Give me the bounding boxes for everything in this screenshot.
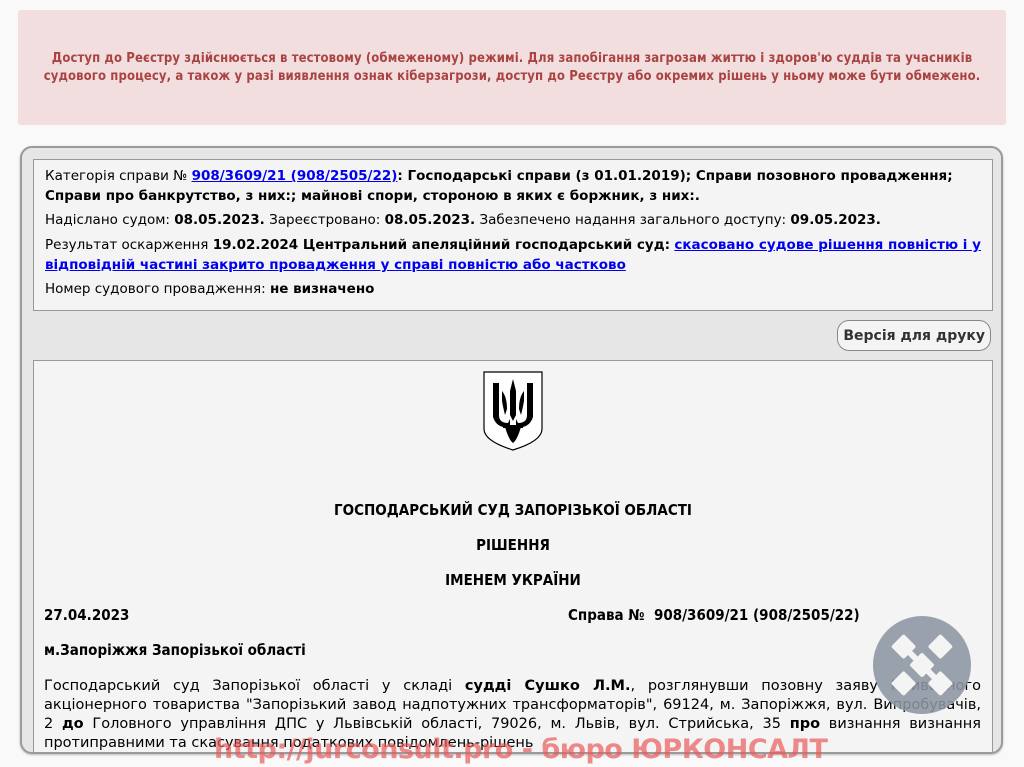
case-number-link[interactable]: 908/3609/21 (908/2505/22) — [192, 168, 398, 184]
registry-access-alert: Доступ до Реєстру здійснюється в тестово… — [18, 10, 1006, 125]
puzzle-logo-icon — [873, 616, 971, 714]
judge-name: судді Сушко Л.М. — [465, 678, 631, 694]
case-number: Справа № 908/3609/21 (908/2505/22) — [568, 606, 860, 624]
document-type: РІШЕННЯ — [34, 536, 992, 554]
alert-text: Доступ до Реєстру здійснюється в тестово… — [36, 50, 988, 86]
case-category: Категорія справи № 908/3609/21 (908/2505… — [45, 166, 981, 206]
decision-city: м.Запоріжжя Запорізької області — [44, 641, 306, 659]
case-info-panel: Категорія справи № 908/3609/21 (908/2505… — [33, 159, 993, 311]
ukraine-coat-of-arms-icon — [483, 371, 543, 451]
in-the-name-of-ukraine: ІМЕНЕМ УКРАЇНИ — [34, 571, 992, 589]
decision-date: 27.04.2023 — [44, 606, 129, 624]
watermark-text: http://jurconsult.pro - бюро ЮРКОНСАЛТ — [214, 734, 827, 765]
proceeding-number: Номер судового провадження: не визначено — [45, 279, 981, 299]
document-frame: Категорія справи № 908/3609/21 (908/2505… — [20, 146, 1003, 754]
case-dates: Надіслано судом: 08.05.2023. Зареєстрова… — [45, 210, 981, 230]
decision-document: ГОСПОДАРСЬКИЙ СУД ЗАПОРІЗЬКОЇ ОБЛАСТІ РІ… — [33, 360, 993, 754]
court-name: ГОСПОДАРСЬКИЙ СУД ЗАПОРІЗЬКОЇ ОБЛАСТІ — [34, 501, 992, 519]
print-version-button[interactable]: Версія для друку — [837, 320, 991, 351]
appeal-result: Результат оскарження 19.02.2024 Централь… — [45, 235, 981, 275]
